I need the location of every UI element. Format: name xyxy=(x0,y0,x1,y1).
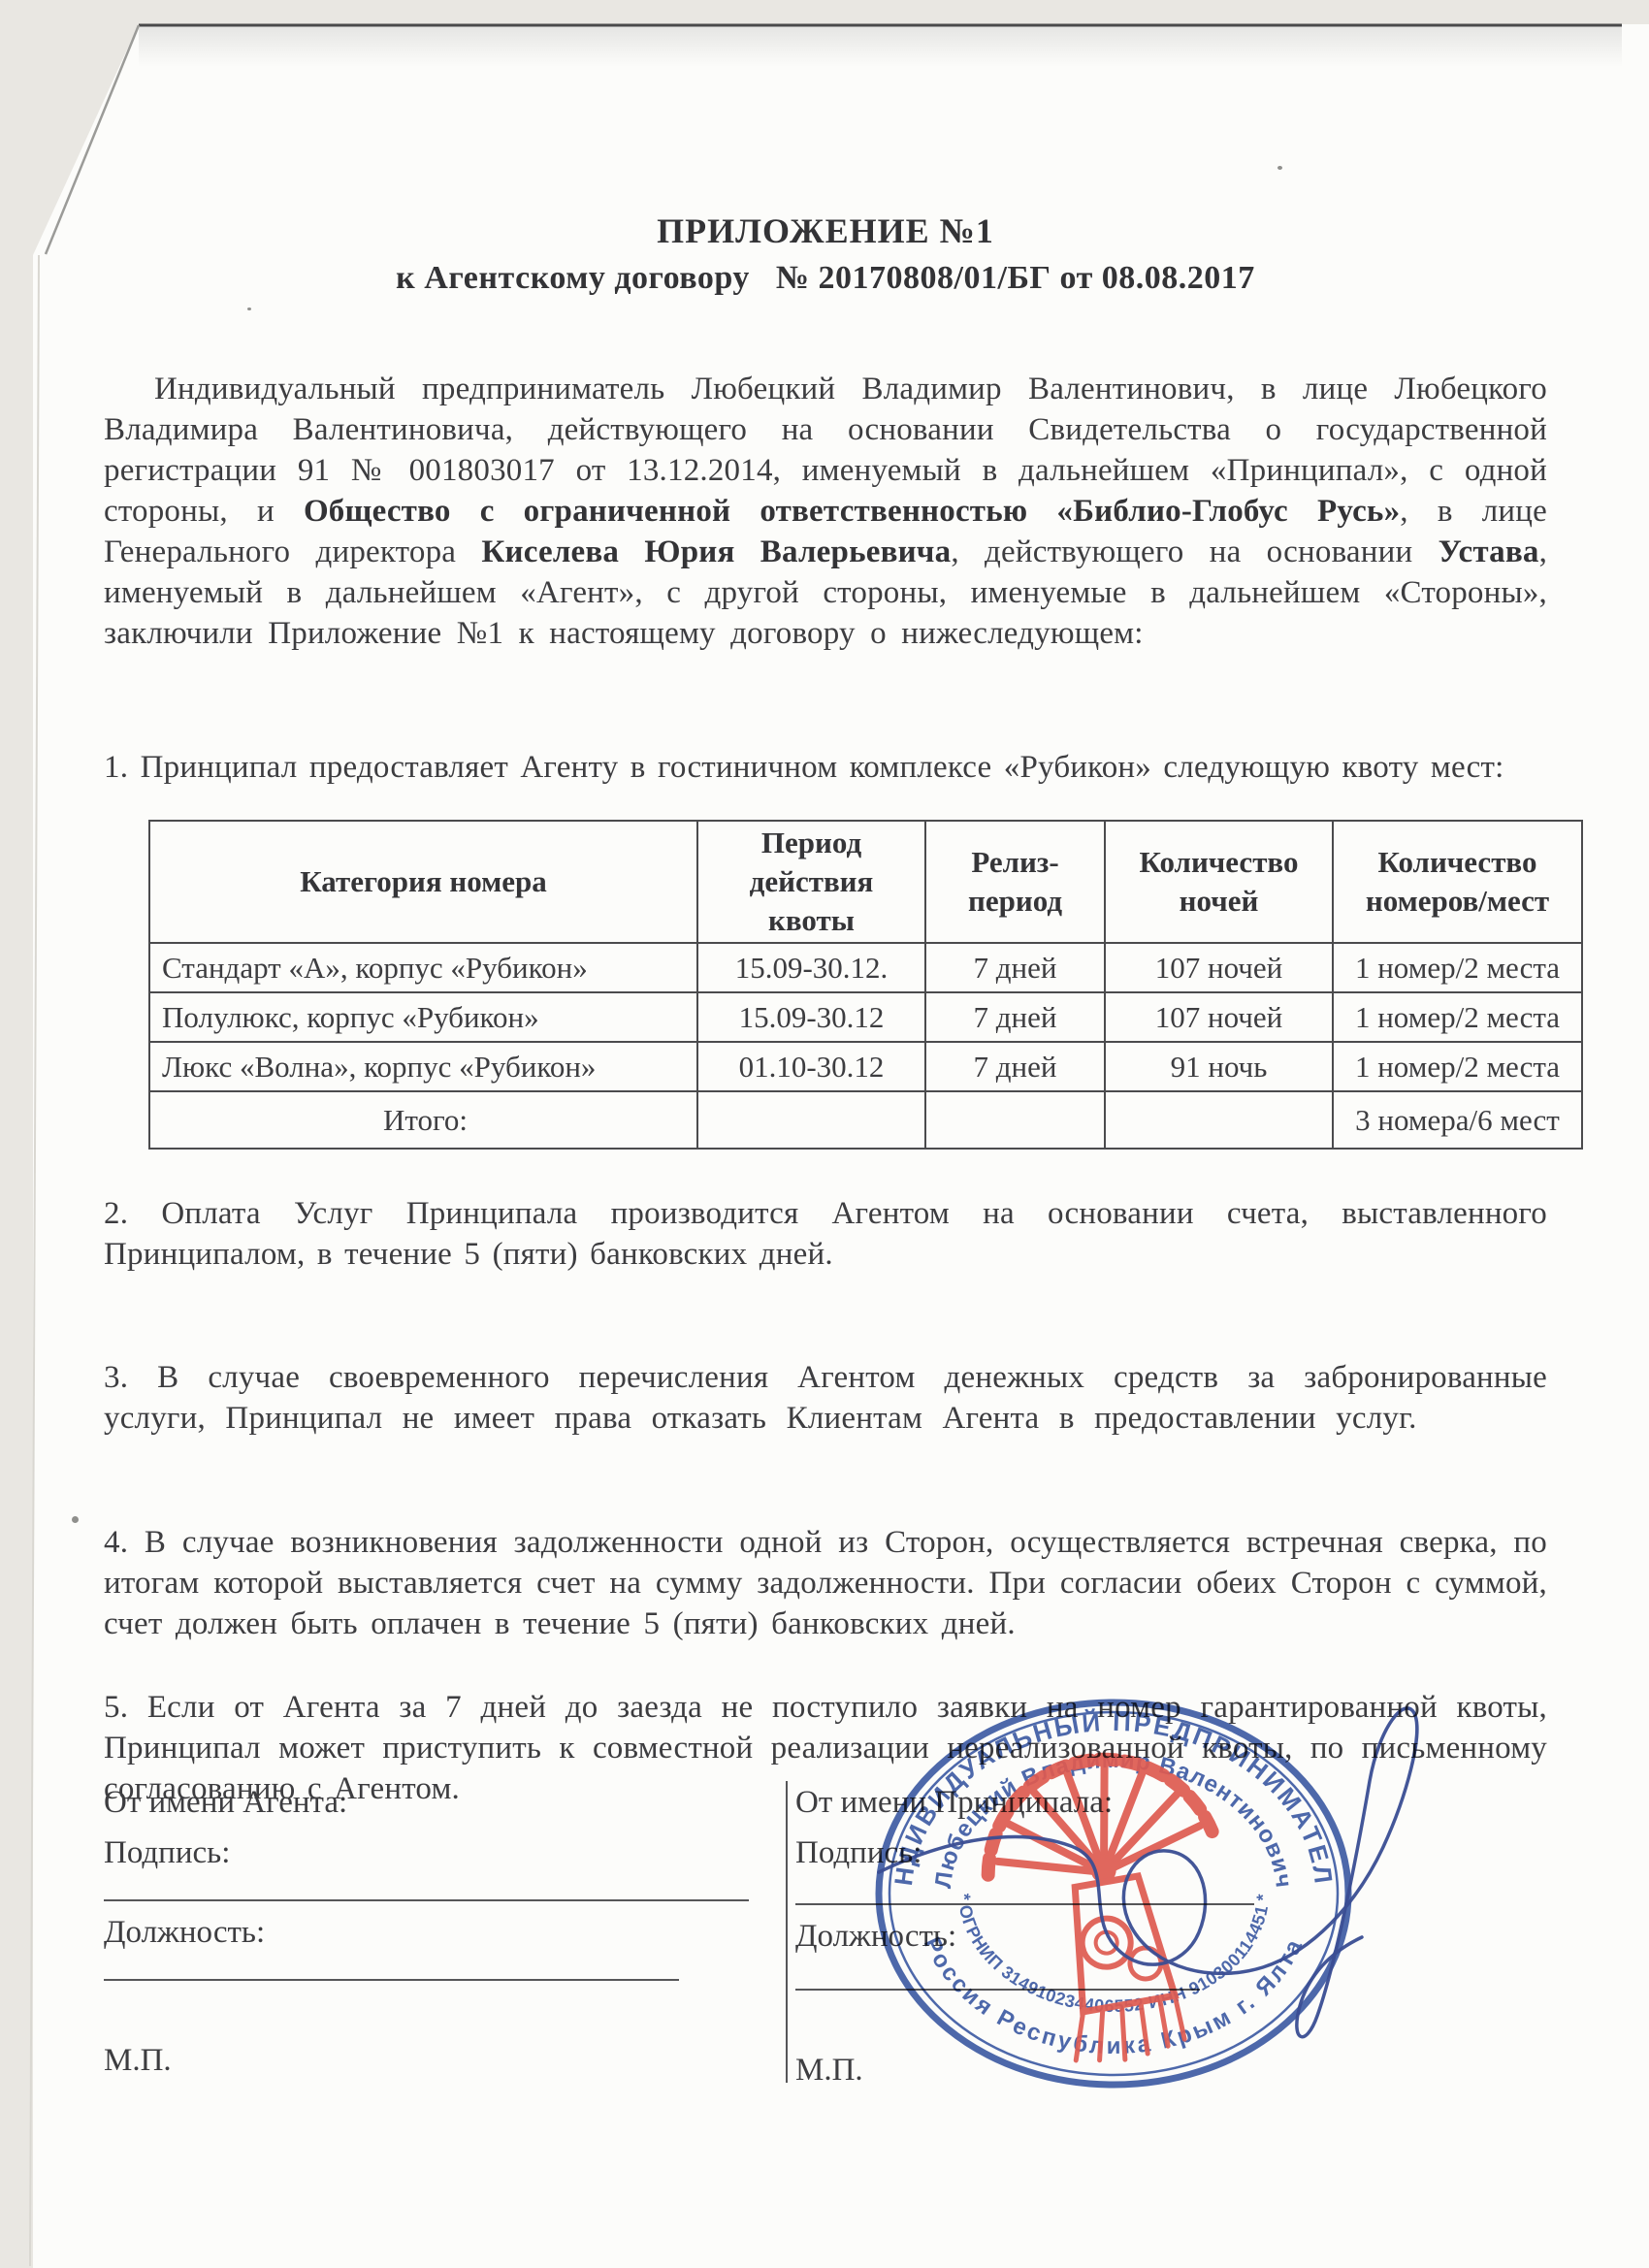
principal-stamp-seal: ИНДИВИДУАЛЬНЫЙ ПРЕДПРИНИМАТЕЛЬ Любецкий … xyxy=(0,0,1348,2085)
stamp-and-signature-overlay: ИНДИВИДУАЛЬНЫЙ ПРЕДПРИНИМАТЕЛЬ Любецкий … xyxy=(0,0,1649,2268)
scanned-contract-page: { "title": { "line1": "ПРИЛОЖЕНИЕ №1", "… xyxy=(0,0,1649,2268)
stamp-text-ogrnip: * ОГРНИП 314910234406552 ИНН 91030011445… xyxy=(954,1894,1273,2016)
stamp-text-outer-top: ИНДИВИДУАЛЬНЫЙ ПРЕДПРИНИМАТЕЛЬ xyxy=(0,0,1339,1887)
